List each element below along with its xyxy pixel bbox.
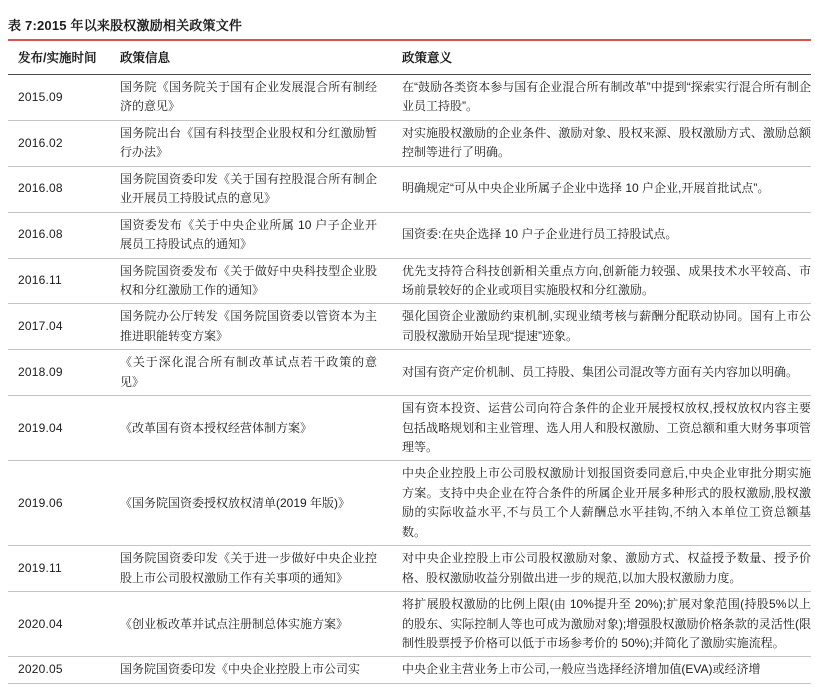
row-date: 2020.04 xyxy=(8,592,120,657)
row-policy-doc: 国资委发布《关于中央企业所属 10 户子企业开展员工持股试点的通知》 xyxy=(120,212,391,258)
table-row: 2019.11 国务院国资委印发《关于进一步做好中央企业控股上市公司股权激励工作… xyxy=(8,546,811,592)
row-policy-doc: 《关于深化混合所有制改革试点若干政策的意见》 xyxy=(120,350,391,396)
row-policy-doc: 国务院出台《国有科技型企业股权和分红激励暂行办法》 xyxy=(120,120,391,166)
row-significance: 将扩展股权激励的比例上限(由 10%提升至 20%);扩展对象范围(持股5%以上… xyxy=(391,592,811,657)
row-date: 2015.09 xyxy=(8,75,120,121)
table-row: 2015.09 国务院《国务院关于国有企业发展混合所有制经济的意见》 在“鼓励各… xyxy=(8,75,811,121)
report-table-page: 表 7:2015 年以来股权激励相关政策文件 发布/实施时间 政策信息 政策意义… xyxy=(0,0,815,690)
column-header-date: 发布/实施时间 xyxy=(8,41,120,75)
table-row: 2016.02 国务院出台《国有科技型企业股权和分红激励暂行办法》 对实施股权激… xyxy=(8,120,811,166)
table-row: 2017.04 国务院办公厅转发《国务院国资委以管资本为主推进职能转变方案》 强… xyxy=(8,304,811,350)
row-date: 2017.04 xyxy=(8,304,120,350)
column-header-policy-doc: 政策信息 xyxy=(120,41,391,75)
row-significance: 明确规定“可从中央企业所属子企业中选择 10 户企业,开展首批试点”。 xyxy=(391,166,811,212)
row-policy-doc: 《国务院国资委授权放权清单(2019 年版)》 xyxy=(120,461,391,546)
row-significance: 对国有资产定价机制、员工持股、集团公司混改等方面有关内容加以明确。 xyxy=(391,350,811,396)
table-body: 2015.09 国务院《国务院关于国有企业发展混合所有制经济的意见》 在“鼓励各… xyxy=(8,75,811,684)
row-significance: 强化国资企业激励约束机制,实现业绩考核与薪酬分配联动协同。国有上市公司股权激励开… xyxy=(391,304,811,350)
row-date: 2020.05 xyxy=(8,657,120,683)
table-row: 2020.04 《创业板改革并试点注册制总体实施方案》 将扩展股权激励的比例上限… xyxy=(8,592,811,657)
table-row: 2016.08 国务院国资委印发《关于国有控股混合所有制企业开展员工持股试点的意… xyxy=(8,166,811,212)
table-row: 2018.09 《关于深化混合所有制改革试点若干政策的意见》 对国有资产定价机制… xyxy=(8,350,811,396)
row-policy-doc: 国务院办公厅转发《国务院国资委以管资本为主推进职能转变方案》 xyxy=(120,304,391,350)
row-date: 2019.04 xyxy=(8,396,120,461)
row-significance: 中央企业控股上市公司股权激励计划报国资委同意后,中央企业审批分期实施方案。支持中… xyxy=(391,461,811,546)
table-row: 2016.08 国资委发布《关于中央企业所属 10 户子企业开展员工持股试点的通… xyxy=(8,212,811,258)
column-header-significance: 政策意义 xyxy=(391,41,811,75)
row-date: 2016.02 xyxy=(8,120,120,166)
policy-table: 发布/实施时间 政策信息 政策意义 2015.09 国务院《国务院关于国有企业发… xyxy=(8,41,811,684)
row-policy-doc: 国务院国资委印发《关于国有控股混合所有制企业开展员工持股试点的意见》 xyxy=(120,166,391,212)
row-date: 2016.08 xyxy=(8,166,120,212)
row-policy-doc: 《创业板改革并试点注册制总体实施方案》 xyxy=(120,592,391,657)
table-title: 表 7:2015 年以来股权激励相关政策文件 xyxy=(8,15,809,34)
row-significance: 对实施股权激励的企业条件、激励对象、股权来源、股权激励方式、激励总额控制等进行了… xyxy=(391,120,811,166)
row-significance: 中央企业主营业务上市公司,一般应当选择经济增加值(EVA)或经济增 xyxy=(391,657,811,683)
row-significance: 国资委:在央企选择 10 户子企业进行员工持股试点。 xyxy=(391,212,811,258)
table-row: 2019.04 《改革国有资本授权经营体制方案》 国有资本投资、运营公司向符合条… xyxy=(8,396,811,461)
row-significance: 国有资本投资、运营公司向符合条件的企业开展授权放权,授权放权内容主要包括战略规划… xyxy=(391,396,811,461)
row-policy-doc: 《改革国有资本授权经营体制方案》 xyxy=(120,396,391,461)
row-policy-doc: 国务院国资委印发《关于进一步做好中央企业控股上市公司股权激励工作有关事项的通知》 xyxy=(120,546,391,592)
row-date: 2019.11 xyxy=(8,546,120,592)
table-row: 2016.11 国务院国资委发布《关于做好中央科技型企业股权和分红激励工作的通知… xyxy=(8,258,811,304)
row-policy-doc: 国务院国资委发布《关于做好中央科技型企业股权和分红激励工作的通知》 xyxy=(120,258,391,304)
row-date: 2019.06 xyxy=(8,461,120,546)
row-policy-doc: 国务院《国务院关于国有企业发展混合所有制经济的意见》 xyxy=(120,75,391,121)
row-policy-doc: 国务院国资委印发《中央企业控股上市公司实 xyxy=(120,657,391,683)
row-significance: 对中央企业控股上市公司股权激励对象、激励方式、权益授予数量、授予价格、股权激励收… xyxy=(391,546,811,592)
row-date: 2018.09 xyxy=(8,350,120,396)
row-significance: 在“鼓励各类资本参与国有企业混合所有制改革”中提到“探索实行混合所有制企业员工持… xyxy=(391,75,811,121)
table-header-row: 发布/实施时间 政策信息 政策意义 xyxy=(8,41,811,75)
table-row: 2020.05 国务院国资委印发《中央企业控股上市公司实 中央企业主营业务上市公… xyxy=(8,657,811,683)
row-date: 2016.08 xyxy=(8,212,120,258)
table-row: 2019.06 《国务院国资委授权放权清单(2019 年版)》 中央企业控股上市… xyxy=(8,461,811,546)
row-significance: 优先支持符合科技创新相关重点方向,创新能力较强、成果技术水平较高、市场前景较好的… xyxy=(391,258,811,304)
row-date: 2016.11 xyxy=(8,258,120,304)
